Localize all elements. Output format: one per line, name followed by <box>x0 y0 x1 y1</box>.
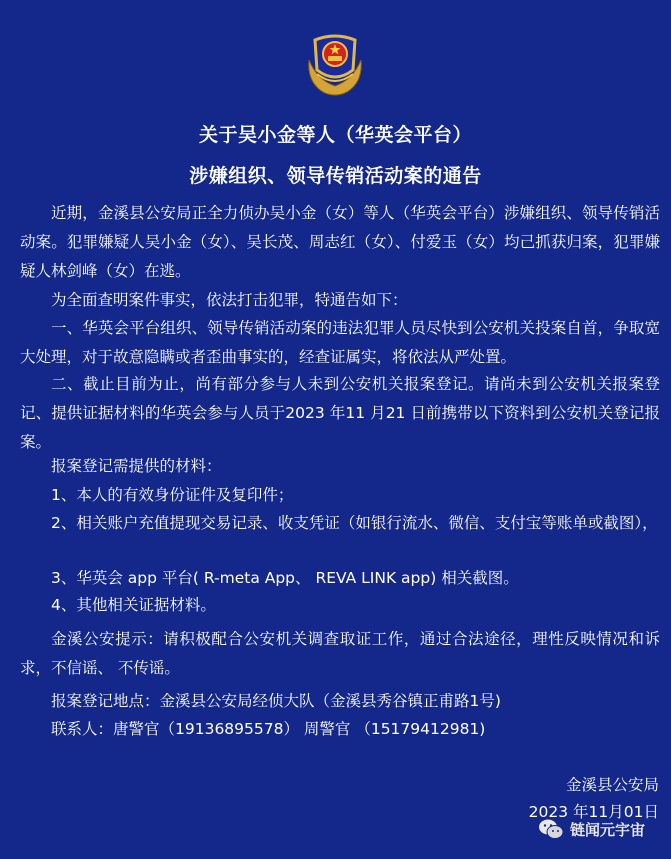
material-item-3: 3、华英会 app 平台( R-meta App、 REVA LINK app)… <box>20 564 660 593</box>
paragraph-announcement: 为全面查明案件事实，依法打击犯罪，特通告如下： <box>20 286 660 315</box>
wechat-icon <box>538 818 564 840</box>
notice-title-line1: 关于吴小金等人（华英会平台） <box>0 120 671 147</box>
paragraph-reminder: 金溪公安提示：请积极配合公安机关调查取证工作，通过合法途径，理性反映情况和诉求，… <box>20 625 660 683</box>
material-item-4: 4、其他相关证据材料。 <box>20 591 660 620</box>
paragraph-item-two: 二、截止目前为止，尚有部分参与人未到公安机关报案登记。请尚未到公安机关报案登记、… <box>20 370 660 457</box>
paragraph-location: 报案登记地点：金溪县公安局经侦大队（金溪县秀谷镇正甫路1号) <box>20 687 660 716</box>
watermark-label: 链闻元宇宙 <box>570 819 645 840</box>
paragraph-intro: 近期，金溪县公安局正全力侦办吴小金（女）等人（华英会平台）涉嫌组织、领导传销活动… <box>20 199 660 286</box>
police-emblem-icon <box>303 30 367 98</box>
watermark: 链闻元宇宙 <box>538 818 645 840</box>
material-item-2: 2、相关账户充值提现交易记录、收支凭证（如银行流水、微信、支付宝等账单或截图）， <box>20 509 660 538</box>
paragraph-item-one: 一、华英会平台组织、领导传销活动案的违法犯罪人员尽快到公安机关投案自首，争取宽大… <box>20 314 660 372</box>
material-item-1: 1、本人的有效身份证件及复印件； <box>20 481 660 510</box>
paragraph-contacts: 联系人：唐警官（19136895578） 周警官 （15179412981) <box>20 715 660 744</box>
paragraph-materials-heading: 报案登记需提供的材料： <box>20 452 660 481</box>
signature-org: 金溪县公安局 <box>566 773 659 795</box>
notice-title-line2: 涉嫌组织、领导传销活动案的通告 <box>0 161 671 188</box>
